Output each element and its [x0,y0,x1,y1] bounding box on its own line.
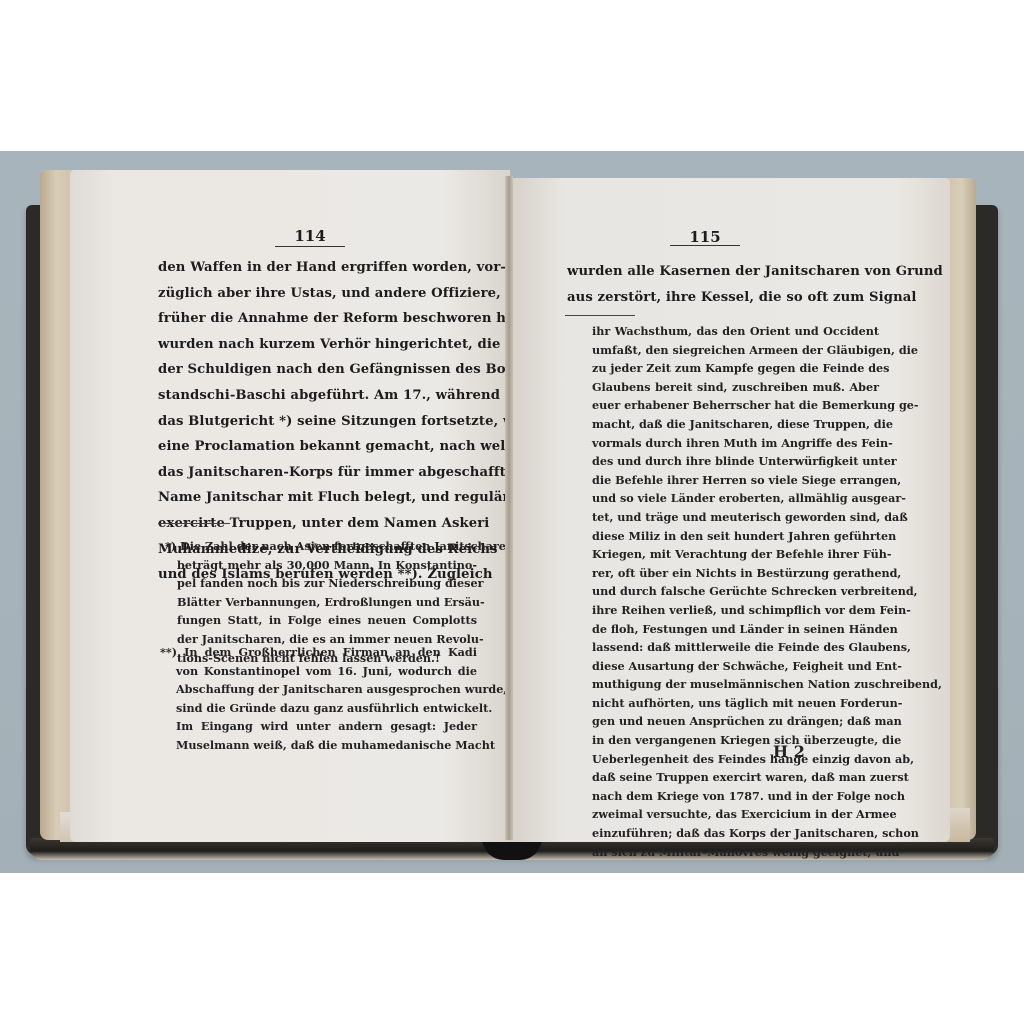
footnote-line: beträgt mehr als 30,000 Mann. In Konstan… [177,556,477,575]
text-line: das Blutgericht *) seine Sitzungen forts… [158,409,480,435]
footnote-line: de floh, Festungen und Länder in seinen … [592,620,879,639]
left-page-number-rule [275,246,345,247]
footnote-line: sind die Gründe dazu ganz ausführlich en… [176,699,477,718]
footnote-line: des und durch ihre blinde Unterwürfigkei… [592,452,879,471]
footnote-line: gen und neuen Ansprüchen zu drängen; daß… [592,712,879,731]
footnote-line: umfaßt, den siegreichen Armeen der Gläub… [592,341,879,360]
footnote-line: die Befehle ihrer Herren so viele Siege … [592,471,879,490]
footnote-line: diese Miliz in den seit hundert Jahren g… [592,527,879,546]
footnote-line: Ueberlegenheit des Feindes hange einzig … [592,750,879,769]
footnote-line: ihre Reihen verließ, und schimpflich vor… [592,601,879,620]
footnote-line: zu jeder Zeit zum Kampfe gegen die Feind… [592,359,879,378]
right-page-number: 115 [665,228,745,246]
footnote-line: euer erhabener Beherrscher hat die Bemer… [592,396,879,415]
footnote-rule-right [565,315,635,316]
left-footnote-2: **) In dem Großherrlichen Firman an den … [160,643,477,755]
book-gutter [505,176,513,840]
footnote-line: diese Ausartung der Schwäche, Feigheit u… [592,657,879,676]
footnote-line: rer, oft über ein Nichts in Bestürzung g… [592,564,879,583]
footnote-line: muthigung der muselmännischen Nation zus… [592,675,879,694]
text-line: aus zerstört, ihre Kessel, die so oft zu… [567,285,882,311]
text-line: der Schuldigen nach den Gefängnissen des… [158,357,480,383]
footnote-line: Abschaffung der Janitscharen ausgesproch… [176,680,477,699]
footnote-line: fungen Statt, in Folge eines neuen Compl… [177,611,477,630]
footnote-line: tet, und träge und meuterisch geworden s… [592,508,879,527]
footnote-line: von Konstantinopel vom 16. Juni, wodurch… [176,662,477,681]
text-line: Name Janitschar mit Fluch belegt, und re… [158,485,480,511]
footnote-line: an sich zu Militär-Manövres wenig geeign… [592,843,879,862]
text-line: das Janitscharen-Korps für immer abgesch… [158,460,480,486]
footnote-line: vormals durch ihren Muth im Angriffe des… [592,434,879,453]
footnote-line: **) In dem Großherrlichen Firman an den … [160,643,477,662]
footnote-line: pel fanden noch bis zur Niederschreibung… [177,574,477,593]
text-line: den Waffen in der Hand ergriffen worden,… [158,255,480,281]
footnote-line: Blätter Verbannungen, Erdroßlungen und E… [177,593,477,612]
footnote-line: daß seine Truppen exercirt waren, daß ma… [592,768,879,787]
right-body-text: wurden alle Kasernen der Janitscharen vo… [567,259,882,310]
footnote-line: nicht aufhörten, uns täglich mit neuen F… [592,694,879,713]
footnote-line: Kriegen, mit Verachtung der Befehle ihre… [592,545,879,564]
signature-mark: H 2 [773,742,805,761]
right-page-number-rule [670,245,740,246]
footnote-line: und so viele Länder eroberten, allmählig… [592,489,879,508]
text-line: wurden alle Kasernen der Janitscharen vo… [567,259,882,285]
footnote-line: Im Eingang wird unter andern gesagt: Jed… [176,717,477,736]
text-line: züglich aber ihre Ustas, und andere Offi… [158,281,480,307]
footnote-line: macht, daß die Janitscharen, diese Trupp… [592,415,879,434]
footnote-line: zweimal versuchte, das Exercicium in der… [592,805,879,824]
footnote-line: Muselmann weiß, daß die muhamedanische M… [176,736,477,755]
footnote-line: *) Die Zahl der nach Asien fortgeschafft… [165,537,477,556]
footnote-line: Glaubens bereit sind, zuschreiben muß. A… [592,378,879,397]
footnote-line: nach dem Kriege von 1787. und in der Fol… [592,787,879,806]
footnote-rule-left [158,523,230,524]
footnote-line: einzuführen; daß das Korps der Janitscha… [592,824,879,843]
left-page-number: 114 [270,227,350,245]
footnote-line: lassend: daß mittlerweile die Feinde des… [592,638,879,657]
footnote-line: und durch falsche Gerüchte Schrecken ver… [592,582,879,601]
text-line: früher die Annahme der Reform beschworen… [158,306,480,332]
text-line: standschi-Baschi abgeführt. Am 17., währ… [158,383,480,409]
right-footnote-continuation: ihr Wachsthum, das den Orient und Occide… [592,322,879,861]
footnote-line: in den vergangenen Kriegen sich überzeug… [592,731,879,750]
footnote-line: ihr Wachsthum, das den Orient und Occide… [592,322,879,341]
text-line: wurden nach kurzem Verhör hingerichtet, … [158,332,480,358]
text-line: eine Proclamation bekannt gemacht, nach … [158,434,480,460]
